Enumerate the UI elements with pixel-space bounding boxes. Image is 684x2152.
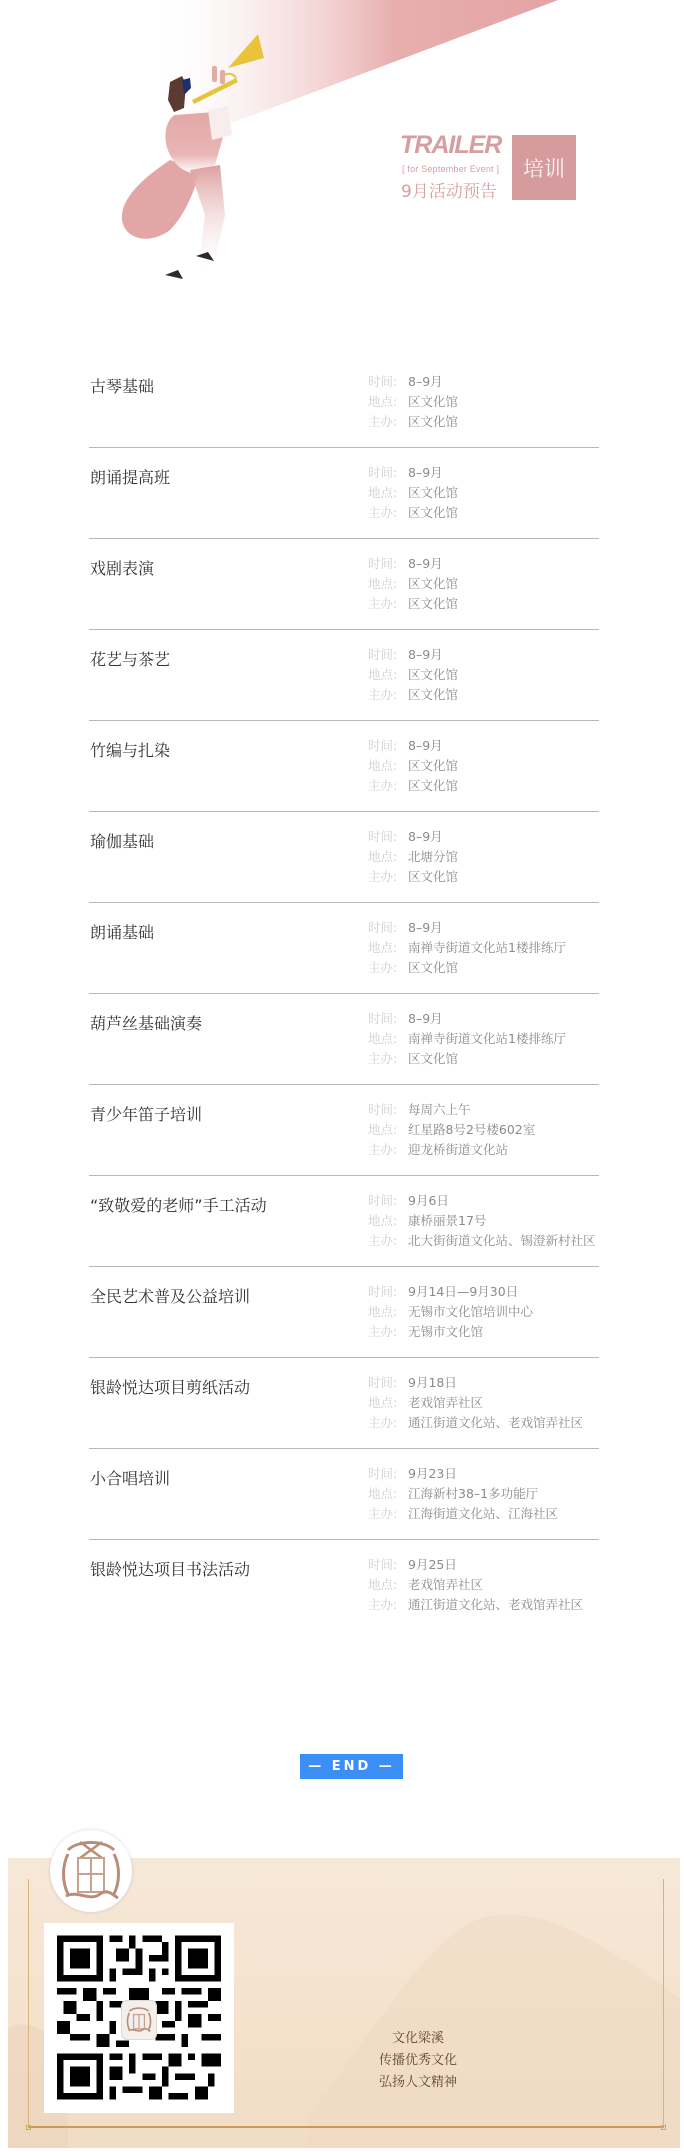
host-value: 北大街街道文化站、锡澄新村社区 xyxy=(408,1231,596,1251)
slogan-line: 文化梁溪 xyxy=(340,2028,496,2050)
event-item: 朗诵提高班 时间:8–9月 地点:区文化馆 主办:区文化馆 xyxy=(89,448,599,539)
event-title: 朗诵提高班 xyxy=(90,465,170,488)
event-item: 小合唱培训 时间:9月23日 地点:江海新村38–1多功能厅 主办:江海街道文化… xyxy=(89,1449,599,1540)
place-value: 老戏馆弄社区 xyxy=(408,1575,483,1595)
event-title: 青少年笛子培训 xyxy=(90,1102,202,1125)
event-title: 银龄悦达项目剪纸活动 xyxy=(90,1375,250,1398)
place-label: 地点: xyxy=(368,483,408,503)
event-details: 时间:8–9月 地点:区文化馆 主办:区文化馆 xyxy=(368,372,458,432)
host-label: 主办: xyxy=(368,1322,408,1342)
time-value: 9月18日 xyxy=(408,1373,457,1393)
host-label: 主办: xyxy=(368,1231,408,1251)
place-value: 区文化馆 xyxy=(408,756,458,776)
event-title: 小合唱培训 xyxy=(90,1466,170,1489)
time-value: 9月14日—9月30日 xyxy=(408,1282,518,1302)
host-label: 主办: xyxy=(368,685,408,705)
host-label: 主办: xyxy=(368,867,408,887)
time-value: 9月6日 xyxy=(408,1191,449,1211)
event-title: 竹编与扎染 xyxy=(90,738,170,761)
event-item: 银龄悦达项目书法活动 时间:9月25日 地点:老戏馆弄社区 主办:通江街道文化站… xyxy=(89,1540,599,1631)
time-value: 8–9月 xyxy=(408,554,443,574)
event-item: 竹编与扎染 时间:8–9月 地点:区文化馆 主办:区文化馆 xyxy=(89,721,599,812)
time-value: 每周六上午 xyxy=(408,1100,471,1120)
host-label: 主办: xyxy=(368,958,408,978)
event-item: 花艺与茶艺 时间:8–9月 地点:区文化馆 主办:区文化馆 xyxy=(89,630,599,721)
event-title: 葫芦丝基础演奏 xyxy=(90,1011,202,1034)
time-label: 时间: xyxy=(368,1282,408,1302)
trumpet-player-illustration xyxy=(0,0,684,300)
host-value: 区文化馆 xyxy=(408,776,458,796)
host-label: 主办: xyxy=(368,1595,408,1615)
host-value: 区文化馆 xyxy=(408,503,458,523)
time-label: 时间: xyxy=(368,827,408,847)
event-item: 全民艺术普及公益培训 时间:9月14日—9月30日 地点:无锡市文化馆培训中心 … xyxy=(89,1267,599,1358)
host-value: 迎龙桥街道文化站 xyxy=(408,1140,508,1160)
header-banner: TRAILER [ for September Event ] 9月活动预告 培… xyxy=(0,0,684,300)
place-label: 地点: xyxy=(368,847,408,867)
time-value: 8–9月 xyxy=(408,645,443,665)
time-label: 时间: xyxy=(368,1191,408,1211)
event-item: 古琴基础 时间:8–9月 地点:区文化馆 主办:区文化馆 xyxy=(89,357,599,448)
place-value: 北塘分馆 xyxy=(408,847,458,867)
host-value: 区文化馆 xyxy=(408,685,458,705)
place-value: 区文化馆 xyxy=(408,574,458,594)
host-label: 主办: xyxy=(368,776,408,796)
place-label: 地点: xyxy=(368,665,408,685)
event-details: 时间:8–9月 地点:区文化馆 主办:区文化馆 xyxy=(368,645,458,705)
event-details: 时间:每周六上午 地点:红星路8号2号楼602室 主办:迎龙桥街道文化站 xyxy=(368,1100,535,1160)
event-title: 花艺与茶艺 xyxy=(90,647,170,670)
event-details: 时间:9月18日 地点:老戏馆弄社区 主办:通江街道文化站、老戏馆弄社区 xyxy=(368,1373,583,1433)
place-label: 地点: xyxy=(368,1211,408,1231)
event-details: 时间:8–9月 地点:区文化馆 主办:区文化馆 xyxy=(368,463,458,523)
time-value: 8–9月 xyxy=(408,736,443,756)
event-title: 戏剧表演 xyxy=(90,556,154,579)
host-value: 区文化馆 xyxy=(408,958,458,978)
event-details: 时间:8–9月 地点:南禅寺街道文化站1楼排练厅 主办:区文化馆 xyxy=(368,918,566,978)
place-label: 地点: xyxy=(368,574,408,594)
place-label: 地点: xyxy=(368,1029,408,1049)
host-label: 主办: xyxy=(368,1413,408,1433)
event-title: 银龄悦达项目书法活动 xyxy=(90,1557,250,1580)
time-value: 8–9月 xyxy=(408,1009,443,1029)
event-item: 葫芦丝基础演奏 时间:8–9月 地点:南禅寺街道文化站1楼排练厅 主办:区文化馆 xyxy=(89,994,599,1085)
time-label: 时间: xyxy=(368,1100,408,1120)
time-label: 时间: xyxy=(368,1555,408,1575)
event-details: 时间:9月14日—9月30日 地点:无锡市文化馆培训中心 主办:无锡市文化馆 xyxy=(368,1282,533,1342)
place-label: 地点: xyxy=(368,392,408,412)
place-label: 地点: xyxy=(368,938,408,958)
place-value: 江海新村38–1多功能厅 xyxy=(408,1484,538,1504)
time-label: 时间: xyxy=(368,736,408,756)
time-label: 时间: xyxy=(368,918,408,938)
host-value: 通江街道文化站、老戏馆弄社区 xyxy=(408,1595,583,1615)
event-item: 瑜伽基础 时间:8–9月 地点:北塘分馆 主办:区文化馆 xyxy=(89,812,599,903)
end-badge: — END — xyxy=(300,1754,403,1779)
subtitle-chinese: 9月活动预告 xyxy=(401,177,497,202)
host-value: 区文化馆 xyxy=(408,867,458,887)
time-value: 9月23日 xyxy=(408,1464,457,1484)
event-title: 古琴基础 xyxy=(90,374,154,397)
host-label: 主办: xyxy=(368,503,408,523)
place-label: 地点: xyxy=(368,1302,408,1322)
event-details: 时间:9月23日 地点:江海新村38–1多功能厅 主办:江海街道文化站、江海社区 xyxy=(368,1464,558,1524)
host-value: 通江街道文化站、老戏馆弄社区 xyxy=(408,1413,583,1433)
time-label: 时间: xyxy=(368,645,408,665)
host-value: 区文化馆 xyxy=(408,1049,458,1069)
time-label: 时间: xyxy=(368,1373,408,1393)
place-label: 地点: xyxy=(368,1484,408,1504)
place-value: 老戏馆弄社区 xyxy=(408,1393,483,1413)
logo-glyph-icon xyxy=(126,2005,152,2035)
place-value: 区文化馆 xyxy=(408,665,458,685)
host-value: 区文化馆 xyxy=(408,412,458,432)
place-value: 区文化馆 xyxy=(408,392,458,412)
category-tag: 培训 xyxy=(512,135,576,200)
event-item: 青少年笛子培训 时间:每周六上午 地点:红星路8号2号楼602室 主办:迎龙桥街… xyxy=(89,1085,599,1176)
time-label: 时间: xyxy=(368,1009,408,1029)
host-value: 江海街道文化站、江海社区 xyxy=(408,1504,558,1524)
time-label: 时间: xyxy=(368,372,408,392)
time-label: 时间: xyxy=(368,554,408,574)
place-label: 地点: xyxy=(368,756,408,776)
place-value: 南禅寺街道文化站1楼排练厅 xyxy=(408,1029,566,1049)
time-label: 时间: xyxy=(368,463,408,483)
event-item: “致敬爱的老师”手工活动 时间:9月6日 地点:康桥丽景17号 主办:北大街街道… xyxy=(89,1176,599,1267)
event-details: 时间:8–9月 地点:北塘分馆 主办:区文化馆 xyxy=(368,827,458,887)
liangxi-culture-logo-icon xyxy=(50,1830,132,1912)
event-details: 时间:9月25日 地点:老戏馆弄社区 主办:通江街道文化站、老戏馆弄社区 xyxy=(368,1555,583,1615)
event-list: 古琴基础 时间:8–9月 地点:区文化馆 主办:区文化馆 朗诵提高班 时间:8–… xyxy=(89,357,599,1631)
event-details: 时间:8–9月 地点:区文化馆 主办:区文化馆 xyxy=(368,554,458,614)
event-details: 时间:9月6日 地点:康桥丽景17号 主办:北大街街道文化站、锡澄新村社区 xyxy=(368,1191,596,1251)
place-value: 无锡市文化馆培训中心 xyxy=(408,1302,533,1322)
place-label: 地点: xyxy=(368,1575,408,1595)
qr-code[interactable] xyxy=(44,1923,234,2113)
event-details: 时间:8–9月 地点:南禅寺街道文化站1楼排练厅 主办:区文化馆 xyxy=(368,1009,566,1069)
host-label: 主办: xyxy=(368,594,408,614)
subtitle-english: [ for September Event ] xyxy=(402,164,499,174)
host-label: 主办: xyxy=(368,1504,408,1524)
event-title: 瑜伽基础 xyxy=(90,829,154,852)
category-tag-label: 培训 xyxy=(523,153,565,183)
event-item: 朗诵基础 时间:8–9月 地点:南禅寺街道文化站1楼排练厅 主办:区文化馆 xyxy=(89,903,599,994)
time-label: 时间: xyxy=(368,1464,408,1484)
place-value: 红星路8号2号楼602室 xyxy=(408,1120,535,1140)
trailer-heading: TRAILER xyxy=(400,131,501,160)
event-item: 戏剧表演 时间:8–9月 地点:区文化馆 主办:区文化馆 xyxy=(89,539,599,630)
frame-corner xyxy=(26,2125,31,2130)
place-label: 地点: xyxy=(368,1393,408,1413)
host-value: 区文化馆 xyxy=(408,594,458,614)
place-value: 康桥丽景17号 xyxy=(408,1211,486,1231)
host-label: 主办: xyxy=(368,412,408,432)
event-title: “致敬爱的老师”手工活动 xyxy=(90,1193,267,1216)
slogan-line: 弘扬人文精神 xyxy=(340,2072,496,2094)
event-details: 时间:8–9月 地点:区文化馆 主办:区文化馆 xyxy=(368,736,458,796)
place-value: 南禅寺街道文化站1楼排练厅 xyxy=(408,938,566,958)
event-item: 银龄悦达项目剪纸活动 时间:9月18日 地点:老戏馆弄社区 主办:通江街道文化站… xyxy=(89,1358,599,1449)
footer-slogan: 文化梁溪 传播优秀文化 弘扬人文精神 xyxy=(340,2028,496,2094)
end-badge-label: — END — xyxy=(308,1759,395,1774)
time-value: 8–9月 xyxy=(408,827,443,847)
time-value: 8–9月 xyxy=(408,463,443,483)
time-value: 8–9月 xyxy=(408,372,443,392)
host-label: 主办: xyxy=(368,1049,408,1069)
time-value: 8–9月 xyxy=(408,918,443,938)
slogan-line: 传播优秀文化 xyxy=(340,2050,496,2072)
logo-glyph-icon xyxy=(60,1836,122,1906)
event-title: 朗诵基础 xyxy=(90,920,154,943)
qr-center-logo-icon xyxy=(121,2000,157,2040)
place-value: 区文化馆 xyxy=(408,483,458,503)
event-title: 全民艺术普及公益培训 xyxy=(90,1284,250,1307)
place-label: 地点: xyxy=(368,1120,408,1140)
frame-corner xyxy=(661,2125,666,2130)
time-value: 9月25日 xyxy=(408,1555,457,1575)
host-label: 主办: xyxy=(368,1140,408,1160)
host-value: 无锡市文化馆 xyxy=(408,1322,483,1342)
